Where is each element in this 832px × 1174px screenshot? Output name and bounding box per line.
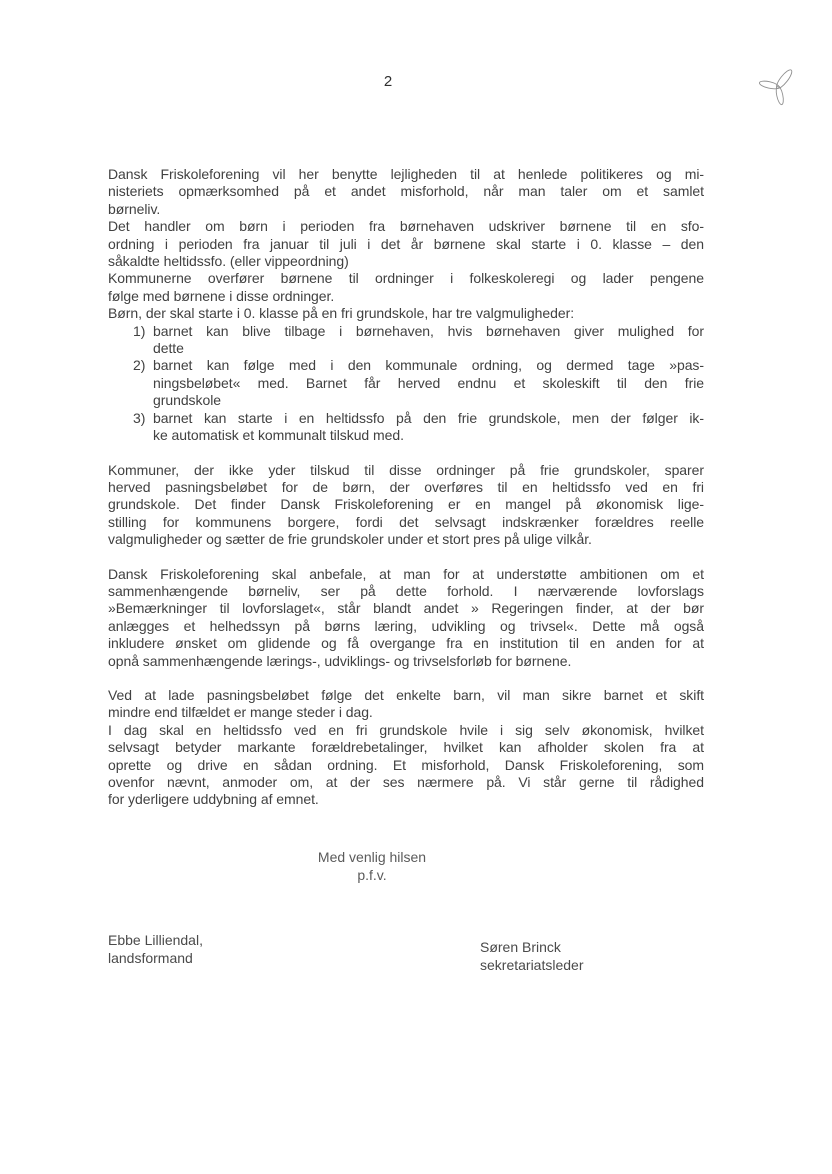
text-line: oprette og drive en sådan ordning. Et mi… [108, 757, 704, 774]
text-line: grundskole [153, 392, 704, 409]
signer-title: landsformand [108, 949, 203, 967]
text-line: følge med børnene i disse ordninger. [108, 288, 704, 305]
letter-body: Dansk Friskoleforening vil her benytte l… [108, 166, 704, 809]
list-item: 1)barnet kan blive tilbage i børnehaven,… [108, 323, 704, 358]
text-line: selvsagt betyder markante forældrebetali… [108, 739, 704, 756]
paragraph: Ved at lade pasningsbeløbet følge det en… [108, 687, 704, 722]
signer-name: Ebbe Lilliendal, [108, 931, 203, 949]
text-line: inkludere ønsket om glidende og få overg… [108, 635, 704, 652]
text-line: barnet kan blive tilbage i børnehaven, h… [153, 323, 704, 340]
page-number: 2 [108, 73, 668, 90]
text-line: Dansk Friskoleforening vil her benytte l… [108, 166, 704, 183]
closing-pfv: p.f.v. [108, 867, 636, 885]
numbered-list: 1)barnet kan blive tilbage i børnehaven,… [108, 323, 704, 445]
text-line: Det handler om børn i perioden fra børne… [108, 218, 704, 235]
text-line: herved pasningsbeløbet for de børn, der … [108, 479, 704, 496]
text-line: dette [153, 340, 704, 357]
text-line: ovenfor nævnt, anmoder om, at der ses næ… [108, 774, 704, 791]
text-line: stilling for kommunens borgere, fordi de… [108, 514, 704, 531]
text-line: barnet kan starte i en heltidssfo på den… [153, 410, 704, 427]
signature-left: Ebbe Lilliendal, landsformand [108, 931, 203, 967]
text-line: barnet kan følge med i den kommunale ord… [153, 357, 704, 374]
letter-page: 2 Dansk Friskoleforening vil her benytte… [0, 0, 832, 1174]
signer-name: Søren Brinck [480, 938, 584, 956]
closing-block: Med venlig hilsen p.f.v. [108, 849, 636, 884]
list-item-marker: 1) [133, 323, 145, 340]
text-line: »Bemærkninger til lovforslaget«, står bl… [108, 600, 704, 617]
text-line: Kommuner, der ikke yder tilskud til diss… [108, 462, 704, 479]
text-line: grundskole. Det finder Dansk Friskolefor… [108, 496, 704, 513]
text-line: børneliv. [108, 201, 704, 218]
paragraph: Kommuner, der ikke yder tilskud til diss… [108, 462, 704, 549]
list-item: 2)barnet kan følge med i den kommunale o… [108, 357, 704, 409]
paragraph: Det handler om børn i perioden fra børne… [108, 218, 704, 270]
paragraph: Dansk Friskoleforening vil her benytte l… [108, 166, 704, 218]
signature-right: Søren Brinck sekretariatsleder [480, 938, 584, 974]
text-line: anlægges et helhedssyn på børns læring, … [108, 618, 704, 635]
text-line: Børn, der skal starte i 0. klasse på en … [108, 305, 704, 322]
text-line: ke automatisk et kommunalt tilskud med. [153, 427, 704, 444]
text-line: ningsbeløbet« med. Barnet får herved end… [153, 375, 704, 392]
paragraph: Kommunerne overfører børnene til ordning… [108, 270, 704, 305]
paragraph: I dag skal en heltidssfo ved en fri grun… [108, 722, 704, 809]
text-line: Dansk Friskoleforening skal anbefale, at… [108, 566, 704, 583]
text-line: ordning i perioden fra januar til juli i… [108, 236, 704, 253]
handwritten-paraph-icon [756, 60, 802, 110]
paragraph: Dansk Friskoleforening skal anbefale, at… [108, 566, 704, 670]
text-line: sammenhængende børneliv, ser på dette fo… [108, 583, 704, 600]
text-line: Ved at lade pasningsbeløbet følge det en… [108, 687, 704, 704]
list-item-marker: 3) [133, 410, 145, 427]
list-item-marker: 2) [133, 357, 145, 374]
text-line: valgmuligheder og sætter de frie grundsk… [108, 531, 704, 548]
paragraph: Børn, der skal starte i 0. klasse på en … [108, 305, 704, 322]
closing-salutation: Med venlig hilsen [108, 849, 636, 867]
text-line: mindre end tilfældet er mange steder i d… [108, 704, 704, 721]
text-line: nisteriets opmærksomhed på et andet misf… [108, 183, 704, 200]
text-line: såkaldte heltidssfo. (eller vippeordning… [108, 253, 704, 270]
text-line: for yderligere uddybning af emnet. [108, 791, 704, 808]
signer-title: sekretariatsleder [480, 956, 584, 974]
text-line: opnå sammenhængende lærings-, udviklings… [108, 653, 704, 670]
list-item: 3)barnet kan starte i en heltidssfo på d… [108, 410, 704, 445]
text-line: I dag skal en heltidssfo ved en fri grun… [108, 722, 704, 739]
text-line: Kommunerne overfører børnene til ordning… [108, 270, 704, 287]
